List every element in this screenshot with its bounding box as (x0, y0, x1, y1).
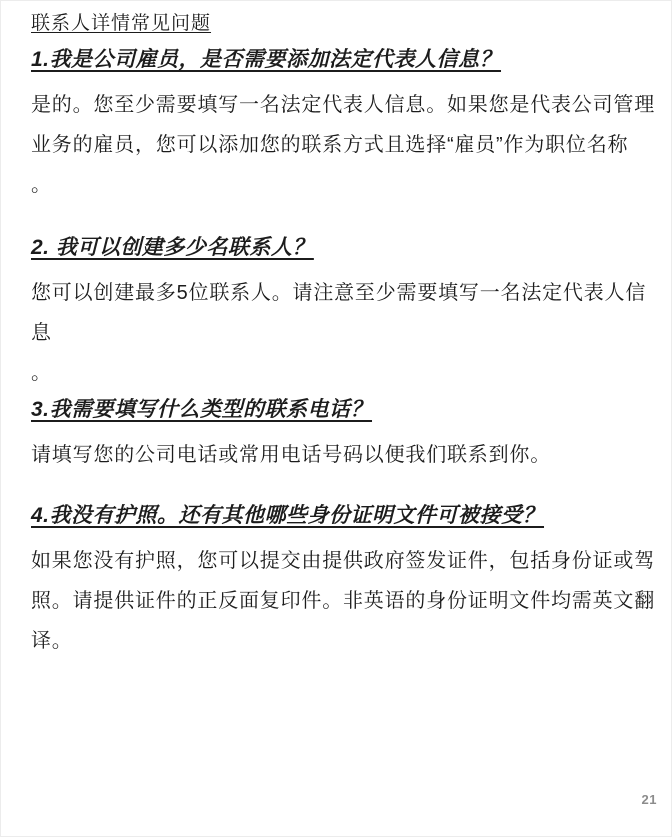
faq-answer-1: 是的。您至少需要填写一名法定代表人信息。如果您是代表公司管理 业务的雇员，您可以… (31, 85, 655, 205)
faq-question-1: 1.我是公司雇员，是否需要添加法定代表人信息？ (31, 45, 655, 75)
page-title: 联系人详情常见问题 (31, 11, 655, 37)
faq-item-3: 3.我需要填写什么类型的联系电话？ 请填写您的公司电话或常用电话号码以便我们联系… (31, 395, 655, 475)
faq-answer-2: 您可以创建最多5位联系人。请注意至少需要填写一名法定代表人信息 。 (31, 273, 655, 393)
document-page: 联系人详情常见问题 1.我是公司雇员，是否需要添加法定代表人信息？ 是的。您至少… (0, 0, 672, 837)
page-number: 21 (642, 792, 657, 807)
faq-question-3: 3.我需要填写什么类型的联系电话？ (31, 395, 655, 425)
faq-item-2: 2. 我可以创建多少名联系人？ 您可以创建最多5位联系人。请注意至少需要填写一名… (31, 233, 655, 393)
document-content: 联系人详情常见问题 1.我是公司雇员，是否需要添加法定代表人信息？ 是的。您至少… (1, 1, 671, 661)
faq-question-4: 4.我没有护照。还有其他哪些身份证明文件可被接受？ (31, 501, 655, 531)
faq-item-1: 1.我是公司雇员，是否需要添加法定代表人信息？ 是的。您至少需要填写一名法定代表… (31, 45, 655, 205)
faq-answer-4: 如果您没有护照，您可以提交由提供政府签发证件，包括身份证或驾 照。请提供证件的正… (31, 541, 655, 661)
faq-answer-3: 请填写您的公司电话或常用电话号码以便我们联系到你。 (31, 435, 655, 475)
faq-question-2: 2. 我可以创建多少名联系人？ (31, 233, 655, 263)
faq-item-4: 4.我没有护照。还有其他哪些身份证明文件可被接受？ 如果您没有护照，您可以提交由… (31, 501, 655, 661)
